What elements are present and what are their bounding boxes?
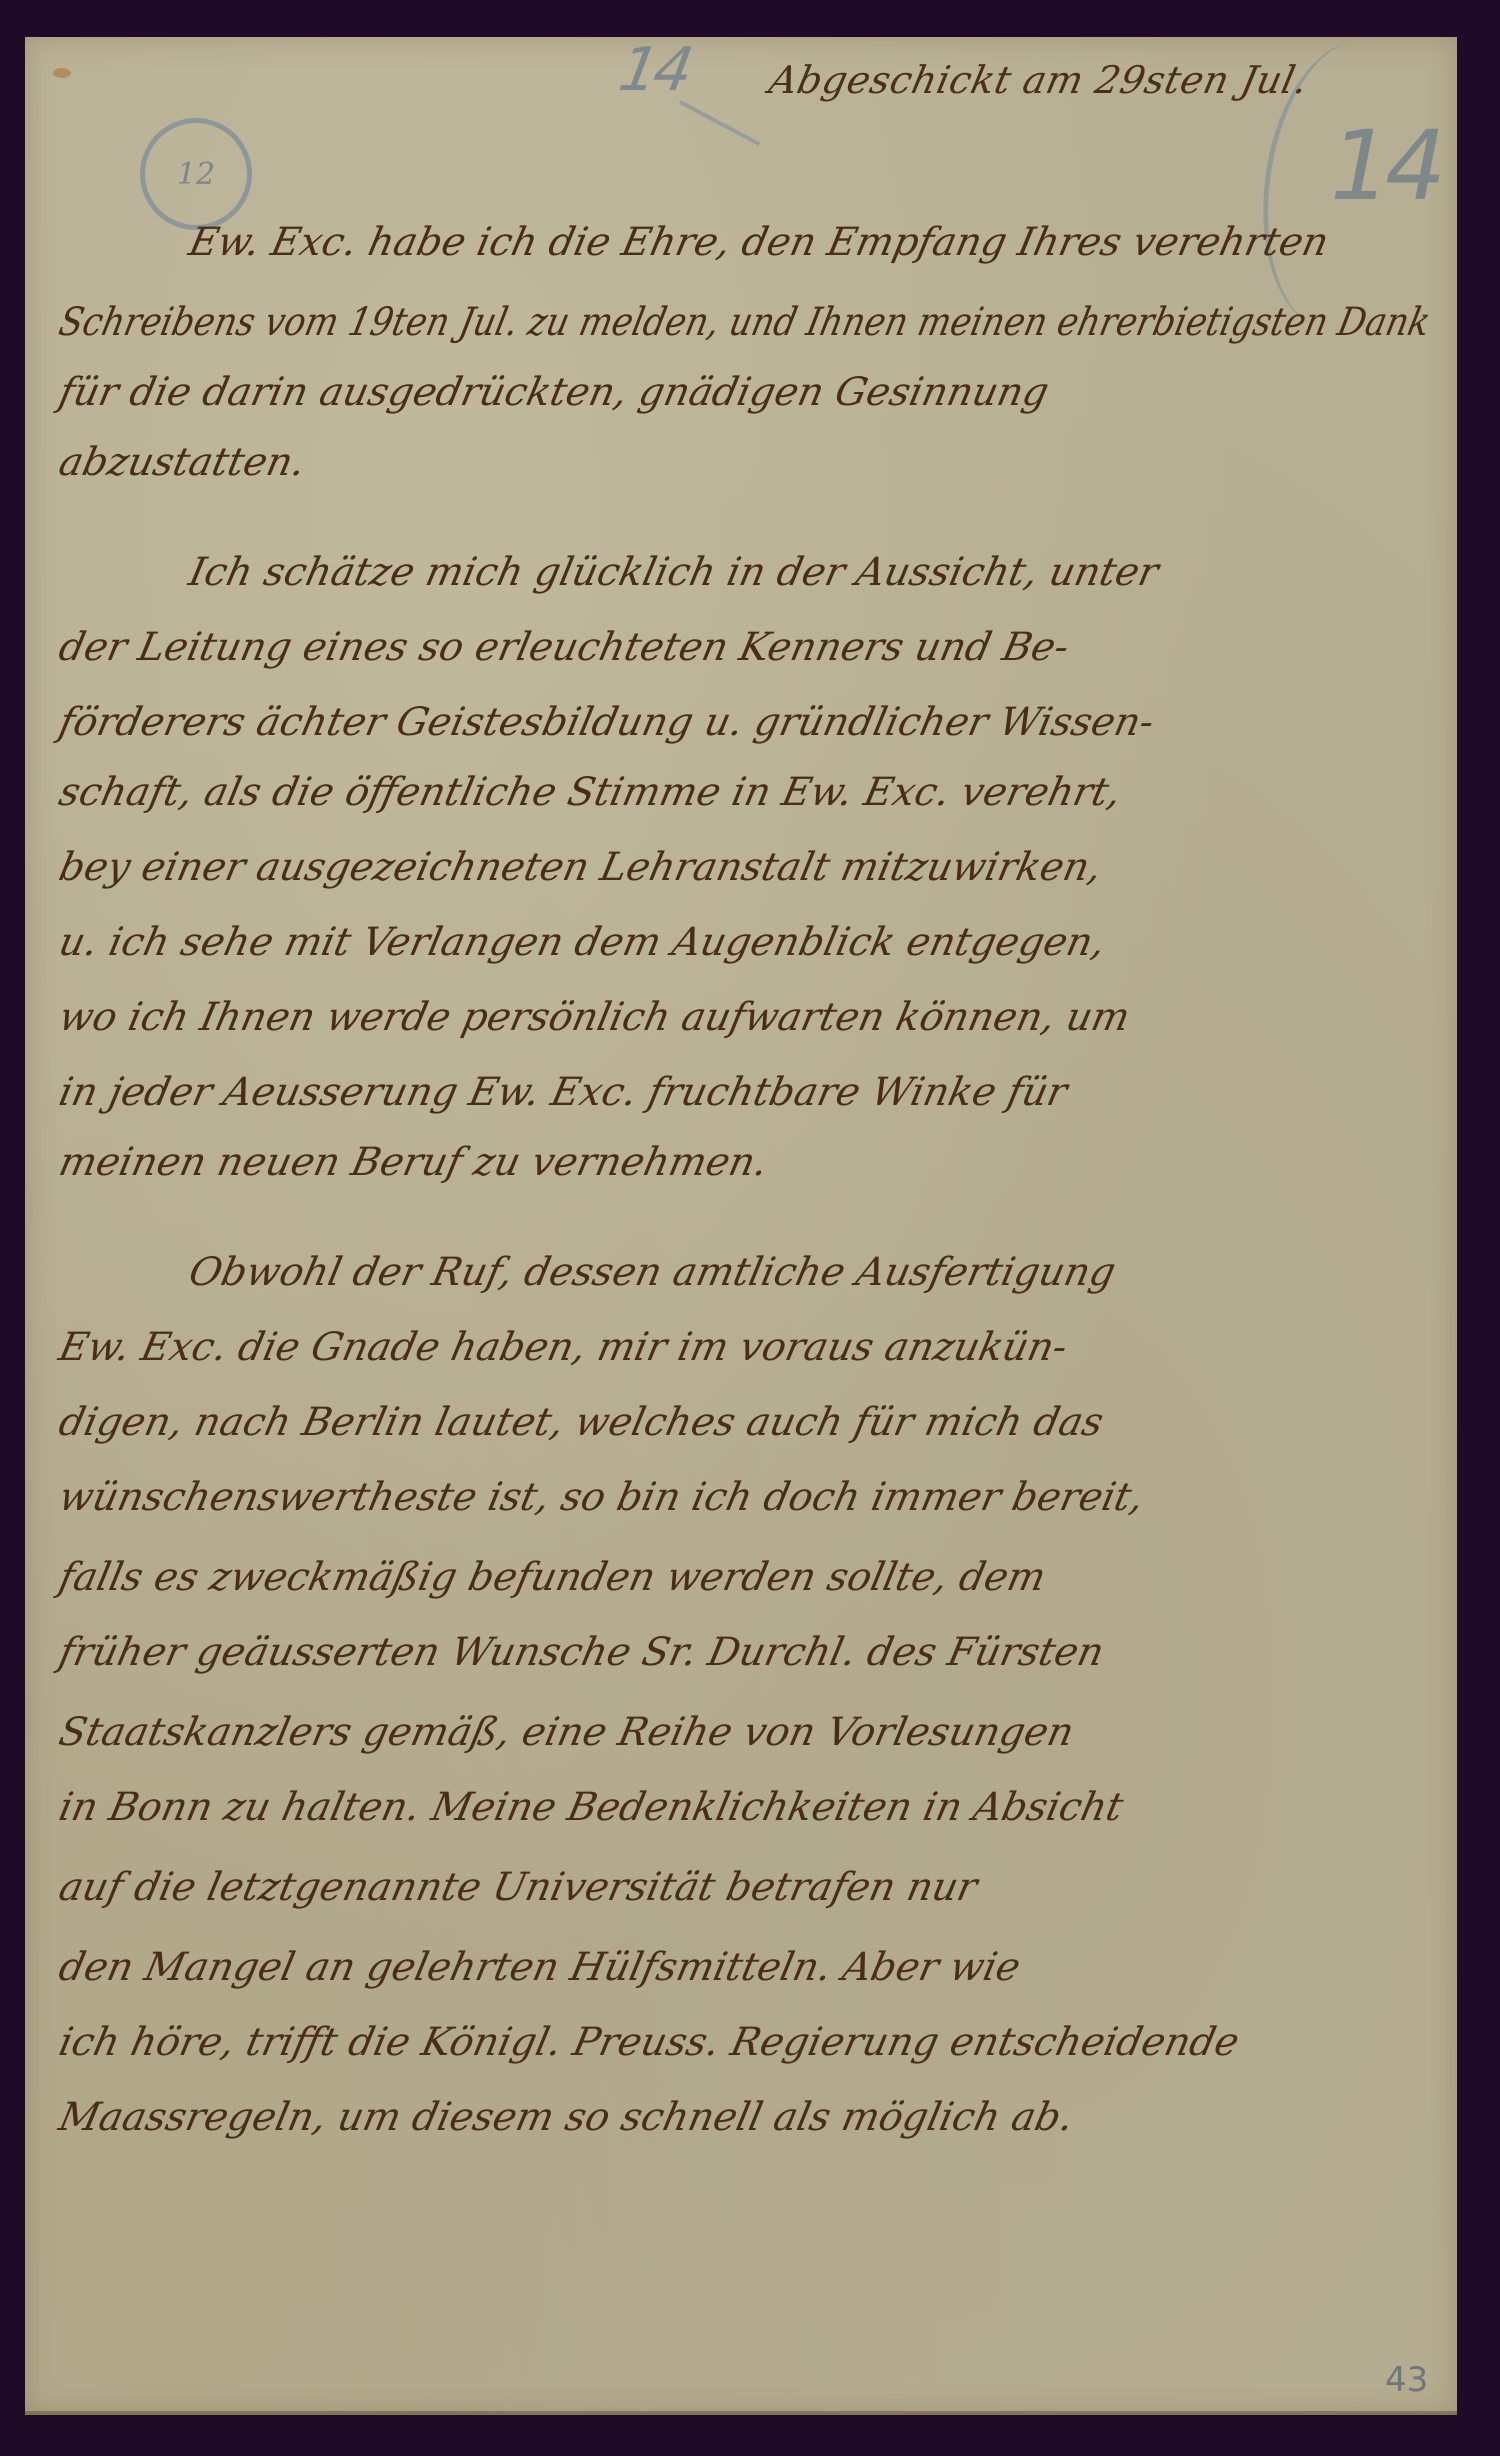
text-line: u. ich sehe mit Verlangen dem Augenblick…: [55, 920, 1109, 965]
text-line: in jeder Aeusserung Ew. Exc. fruchtbare …: [55, 1070, 1071, 1115]
text-line: wo ich Ihnen werde persönlich aufwarten …: [55, 995, 1134, 1040]
text-line: meinen neuen Beruf zu vernehmen.: [55, 1140, 772, 1185]
text-line: falls es zweckmäßig befunden werden soll…: [55, 1555, 1050, 1600]
page-number: 43: [1385, 2360, 1428, 2400]
text-line: schaft, als die öffentliche Stimme in Ew…: [55, 770, 1125, 815]
paper-edge: [25, 2411, 1457, 2415]
circled-folio-number: 12: [140, 118, 252, 230]
text-line: früher geäusserten Wunsche Sr. Durchl. d…: [55, 1630, 1108, 1675]
dispatch-date-note: Abgeschickt am 29sten Jul.: [765, 58, 1312, 102]
text-line: abzustatten.: [55, 440, 309, 485]
text-line: Ew. Exc. habe ich die Ehre, den Empfang …: [185, 220, 1333, 265]
text-line: auf die letztgenannte Universität betraf…: [55, 1865, 981, 1910]
pencil-number-top: 14: [614, 35, 695, 105]
text-line: in Bonn zu halten. Meine Bedenklichkeite…: [55, 1785, 1127, 1830]
text-line: Obwohl der Ruf, dessen amtliche Ausferti…: [185, 1250, 1119, 1295]
text-line: Schreibens vom 19ten Jul. zu melden, und…: [55, 300, 1434, 345]
text-line: Maassregeln, um diesem so schnell als mö…: [55, 2095, 1078, 2140]
text-line: Ew. Exc. die Gnade haben, mir im voraus …: [55, 1325, 1071, 1370]
text-line: digen, nach Berlin lautet, welches auch …: [55, 1400, 1107, 1445]
text-line: ich höre, trifft die Königl. Preuss. Reg…: [55, 2020, 1243, 2065]
text-line: Ich schätze mich glücklich in der Aussic…: [185, 550, 1162, 595]
text-line: förderers ächter Geistesbildung u. gründ…: [55, 700, 1158, 745]
text-line: für die darin ausgedrückten, gnädigen Ge…: [55, 370, 1053, 415]
text-line: wünschenswertheste ist, so bin ich doch …: [55, 1475, 1148, 1520]
text-line: den Mangel an gelehrten Hülfsmitteln. Ab…: [55, 1945, 1024, 1990]
text-line: der Leitung eines so erleuchteten Kenner…: [55, 625, 1073, 670]
ink-stain: [53, 68, 71, 78]
text-line: Staatskanzlers gemäß, eine Reihe von Vor…: [55, 1710, 1078, 1755]
pencil-number-right: 14: [1330, 110, 1440, 222]
text-line: bey einer ausgezeichneten Lehranstalt mi…: [55, 845, 1106, 890]
folio-number-text: 12: [177, 157, 215, 192]
